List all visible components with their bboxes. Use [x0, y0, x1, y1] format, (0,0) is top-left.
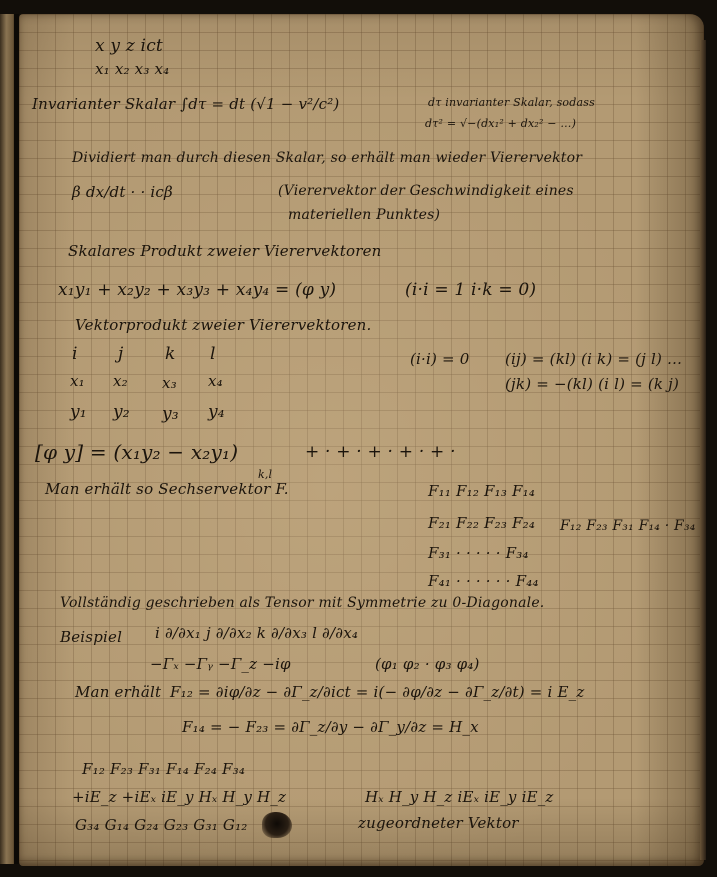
potentials-phi: (φ₁ φ₂ · φ₃ φ₄) [375, 655, 480, 673]
side-note-2: dτ² = √−(dx₁² + dx₂² − …) [425, 117, 576, 130]
f-matrix-row-1: F₁₁ F₁₂ F₁₃ F₁₄ [428, 482, 535, 500]
bracket-tail: + · + · + · + · + · [305, 442, 456, 462]
four-velocity-note-1: (Vierervektor der Geschwindigkeit eines [278, 183, 574, 199]
x-1: x₁ [70, 372, 85, 390]
x-3: x₃ [162, 374, 177, 392]
x-4: x₄ [208, 372, 223, 390]
rule-2: (ij) = (kl) (i k) = (j l) … [505, 350, 682, 368]
associated-vector-label: zugeordneter Vektor [358, 814, 519, 832]
y-1: y₁ [70, 402, 87, 422]
f-matrix-row-4: F₄₁ · · · · · · F₄₄ [428, 572, 539, 590]
divide-line: Dividiert man durch diesen Skalar, so er… [72, 150, 582, 166]
associated-vector-components: Hₓ H_y H_z iEₓ iE_y iE_z [365, 788, 554, 806]
scalar-product-equation: x₁y₁ + x₂y₂ + x₃y₃ + x₄y₄ = (φ y) [58, 280, 336, 300]
six-vector-line: Man erhält so Sechservektor F. [45, 480, 289, 498]
y-2: y₂ [113, 402, 130, 422]
f-matrix-row-2: F₂₁ F₂₂ F₂₃ F₂₄ [428, 514, 535, 532]
basis-i: i [72, 344, 78, 364]
y-4: y₄ [208, 402, 225, 422]
page-edge [700, 40, 706, 860]
orthonormal-relations: (i·i = 1 i·k = 0) [405, 280, 536, 300]
y-3: y₃ [162, 404, 179, 424]
beta-line: β dx/dt · · icβ [72, 183, 173, 201]
f12-equation: F₁₂ = ∂iφ/∂z − ∂Γ_z/∂ict = i(− ∂φ/∂z − ∂… [170, 683, 584, 701]
f-matrix-row-3: F₃₁ · · · · · F₃₄ [428, 544, 529, 562]
vector-product-title: Vektorprodukt zweier Vierervektoren. [75, 316, 371, 334]
example-label: Beispiel [60, 628, 122, 646]
side-note-1: dτ invarianter Skalar, sodass [428, 96, 595, 109]
example-operators: i ∂/∂x₁ j ∂/∂x₂ k ∂/∂x₃ l ∂/∂x₄ [155, 624, 358, 642]
f14-equation: F₁₄ = − F₂₃ = ∂Γ_z/∂y − ∂Γ_y/∂z = H_x [182, 718, 479, 736]
basis-l: l [210, 344, 216, 364]
ink-blot [262, 812, 292, 838]
obtain-label: Man erhält [75, 683, 161, 701]
coords-line-2: x₁ x₂ x₃ x₄ [95, 60, 169, 78]
rule-1: (i·i) = 0 [410, 350, 470, 368]
x-2: x₂ [113, 372, 128, 390]
table-g-row: G₃₄ G₁₄ G₂₄ G₂₃ G₃₁ G₁₂ [75, 816, 248, 834]
table-e-row: +iE_z +iEₓ iE_y Hₓ H_y H_z [72, 788, 286, 806]
coords-line-1: x y z ict [95, 36, 163, 56]
basis-k: k [165, 344, 176, 364]
basis-j: j [118, 344, 123, 364]
invariant-scalar-line: Invarianter Skalar ∫dτ = dt (√1 − v²/c²) [32, 95, 340, 113]
table-f-row: F₁₂ F₂₃ F₃₁ F₁₄ F₂₄ F₃₄ [82, 760, 245, 778]
four-velocity-note-2: materiellen Punktes) [288, 207, 440, 223]
rule-3: (jk) = −(kl) (i l) = (k j) [505, 375, 679, 393]
bracket-equation: [φ y] = (x₁y₂ − x₂y₁) [35, 440, 238, 464]
f-six-components: F₁₂ F₂₃ F₃₁ F₁₄ · F₃₄ [560, 518, 696, 534]
complete-tensor-line: Vollständig geschrieben als Tensor mit S… [60, 595, 544, 611]
scalar-product-title: Skalares Produkt zweier Vierervektoren [68, 242, 382, 260]
potentials-line: −Γₓ −Γᵧ −Γ_z −iφ [150, 655, 291, 673]
